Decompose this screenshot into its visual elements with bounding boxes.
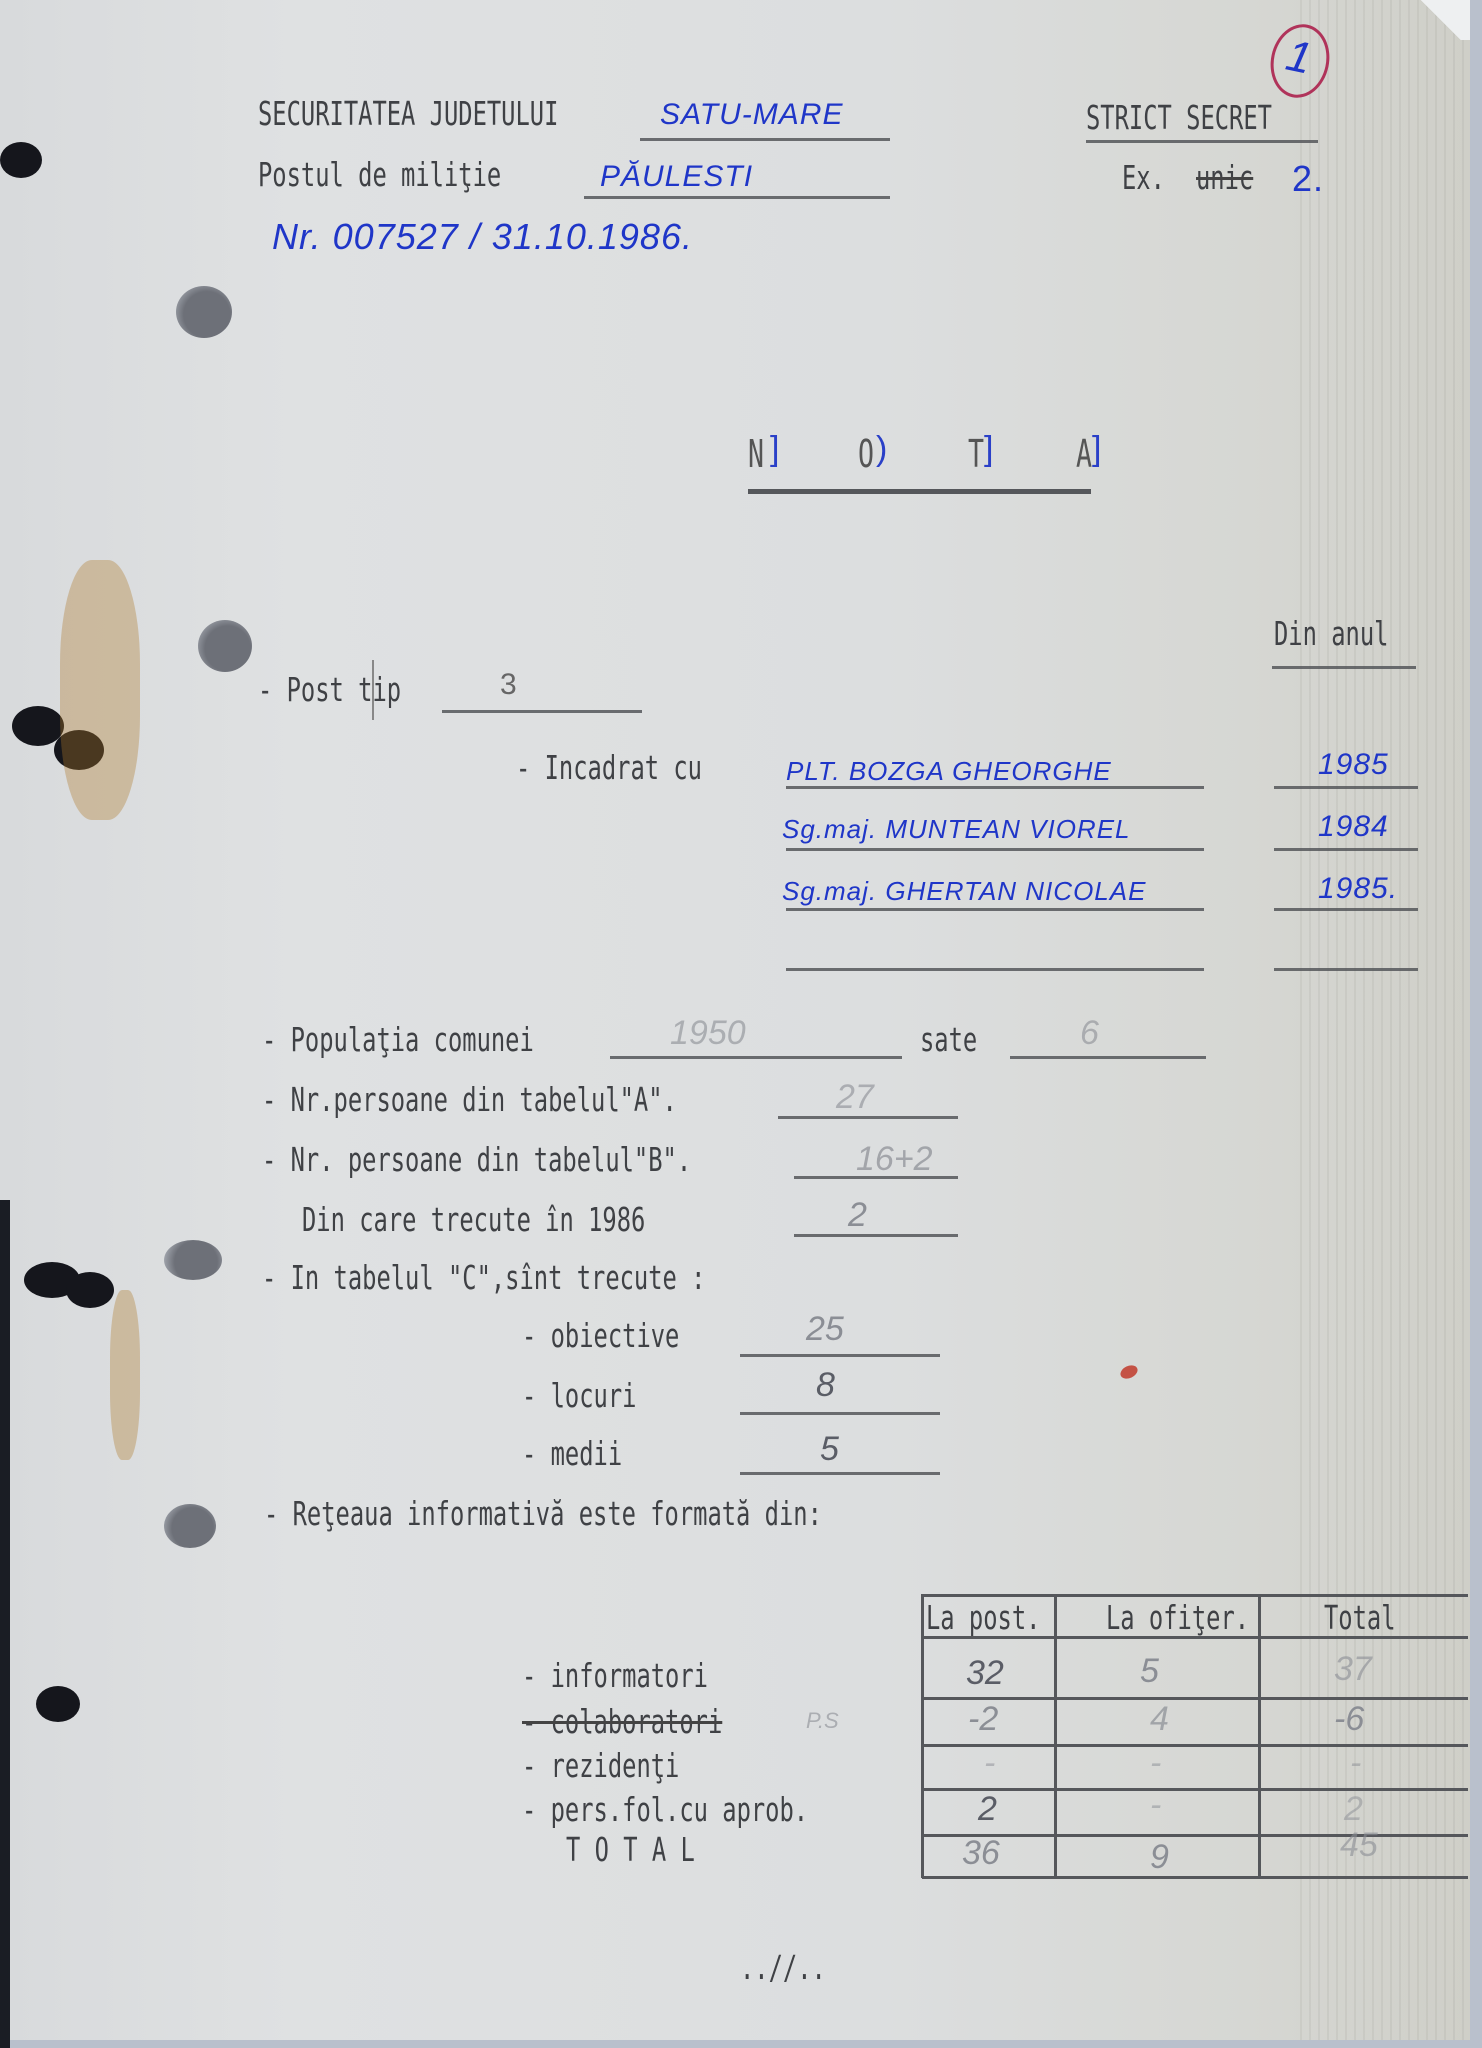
table-c-item-label: - locuri: [522, 1376, 636, 1415]
table-b-value: 16+2: [856, 1140, 933, 1179]
table-a-value: 27: [836, 1078, 874, 1117]
pencil-line: [372, 660, 374, 720]
network-cell: -2: [968, 1700, 998, 1739]
table-c-item-value: 25: [806, 1310, 844, 1349]
title-letter-n: N: [748, 432, 764, 476]
staff-member-year: 1985: [1318, 748, 1389, 782]
post-type-label: - Post tip: [258, 670, 401, 709]
punch-hole: [66, 1272, 114, 1308]
table-c-item-underline: [740, 1472, 940, 1475]
table-c-item-underline: [740, 1354, 940, 1357]
year-column-header: Din anul: [1274, 614, 1388, 653]
column-header-officer: La ofiţer.: [1106, 1598, 1249, 1637]
staff-member-name: Sg.maj. MUNTEAN VIOREL: [782, 814, 1131, 845]
table-rule: [921, 1594, 924, 1878]
table-rule: [922, 1788, 1468, 1791]
of-which-underline: [794, 1234, 958, 1237]
punch-hole: [176, 286, 232, 338]
red-ink-mark: [1118, 1363, 1139, 1381]
table-rule: [1258, 1594, 1261, 1878]
table-rule: [922, 1834, 1468, 1837]
network-row-annotation: P.S: [806, 1708, 839, 1734]
punch-hole: [0, 142, 42, 178]
continuation-mark: ..//..: [740, 1948, 826, 1987]
title-pen-mark: ]: [984, 430, 993, 469]
county-underline: [640, 138, 890, 141]
column-header-total: Total: [1324, 1598, 1396, 1637]
table-c-item-label: - obiective: [522, 1316, 679, 1355]
network-cell: 45: [1340, 1826, 1378, 1865]
column-header-post: La post.: [926, 1598, 1040, 1637]
network-cell: 37: [1334, 1650, 1372, 1689]
staff-year-underline: [1274, 848, 1418, 851]
post-value: PĂULESTI: [600, 160, 753, 194]
copy-number: 2.: [1292, 158, 1324, 200]
title-letter-o: O: [858, 432, 874, 476]
staff-year-underline-empty: [1274, 968, 1418, 971]
staff-year-underline: [1274, 908, 1418, 911]
title-underline: [748, 489, 1091, 494]
network-cell: -: [1150, 1744, 1161, 1783]
network-intro: - Reţeaua informativă este formată din:: [264, 1494, 822, 1533]
network-cell: -6: [1334, 1700, 1364, 1739]
villages-value: 6: [1080, 1014, 1099, 1053]
punch-hole: [198, 620, 252, 672]
staff-member-name: PLT. BOZGA GHEORGHE: [786, 756, 1112, 787]
folded-corner: [1420, 0, 1470, 40]
table-c-item-value: 8: [816, 1366, 835, 1405]
title-pen-mark: ]: [1092, 430, 1101, 469]
network-cell: 2: [978, 1790, 997, 1829]
title-pen-mark: ): [876, 430, 887, 469]
network-cell: 4: [1150, 1700, 1169, 1739]
table-b-label: - Nr. persoane din tabelul"B".: [262, 1140, 691, 1179]
table-rule: [922, 1594, 1468, 1597]
staff-year-underline: [1274, 786, 1418, 789]
of-which-value: 2: [848, 1196, 867, 1235]
villages-underline: [1010, 1056, 1206, 1059]
copy-label: Ex.: [1122, 158, 1165, 197]
network-row-label: - colaboratori: [522, 1702, 722, 1741]
table-a-underline: [778, 1116, 958, 1119]
population-underline: [610, 1056, 902, 1059]
table-c-item-underline: [740, 1412, 940, 1415]
network-cell: 2: [1344, 1790, 1363, 1829]
table-b-underline: [794, 1176, 958, 1179]
of-which-label: Din care trecute în 1986: [302, 1200, 645, 1239]
network-row-label: - rezidenţi: [522, 1746, 679, 1785]
table-rule: [1054, 1594, 1057, 1878]
rust-stain: [110, 1290, 140, 1460]
population-label: - Populaţia comunei: [262, 1020, 534, 1059]
staff-member-year: 1985.: [1318, 872, 1398, 906]
county-label: SECURITATEA JUDETULUI: [258, 94, 558, 133]
post-type-underline: [442, 710, 642, 713]
classification-underline: [1086, 140, 1318, 143]
table-c-item-value: 5: [820, 1430, 839, 1469]
title-pen-mark: ]: [770, 430, 779, 469]
staff-name-underline: [786, 848, 1204, 851]
staff-member-name: Sg.maj. GHERTAN NICOLAE: [782, 876, 1146, 907]
title-letter-a: A: [1076, 432, 1092, 476]
classification-label: STRICT SECRET: [1086, 98, 1272, 137]
page-number: 1: [1282, 31, 1316, 85]
villages-label: sate: [920, 1020, 977, 1059]
staff-member-year: 1984: [1318, 810, 1389, 844]
network-cell: -: [1150, 1786, 1161, 1825]
punch-hole: [36, 1686, 80, 1722]
network-total-label: T O T A L: [566, 1830, 695, 1869]
background-edge: [0, 1200, 10, 2048]
punch-hole: [164, 1504, 216, 1548]
table-rule: [922, 1697, 1468, 1700]
table-c-label: - In tabelul "C",sînt trecute :: [262, 1258, 705, 1297]
registration-number: Nr. 007527 / 31.10.1986.: [272, 216, 693, 258]
year-header-underline: [1272, 666, 1416, 669]
punch-hole: [164, 1240, 222, 1280]
network-cell: 32: [966, 1654, 1004, 1693]
population-value: 1950: [670, 1014, 746, 1053]
table-rule: [922, 1744, 1468, 1747]
copy-struck-text: unic: [1196, 158, 1253, 197]
table-rule: [922, 1876, 1468, 1879]
network-cell: -: [984, 1744, 995, 1783]
post-type-value: 3: [500, 668, 518, 702]
post-label: Postul de miliţie: [258, 155, 501, 194]
table-c-item-label: - medii: [522, 1434, 622, 1473]
staff-name-underline: [786, 908, 1204, 911]
assigned-label: - Incadrat cu: [516, 748, 702, 787]
staff-name-underline-empty: [786, 968, 1204, 971]
network-cell: 5: [1140, 1652, 1159, 1691]
title-letter-t: T: [968, 432, 984, 476]
network-cell: 36: [962, 1834, 1000, 1873]
network-row-label: - informatori: [522, 1656, 708, 1695]
county-value: SATU-MARE: [660, 98, 843, 132]
network-row-label: - pers.fol.cu aprob.: [522, 1790, 808, 1829]
table-a-label: - Nr.persoane din tabelul"A".: [262, 1080, 677, 1119]
staff-name-underline: [786, 786, 1204, 789]
network-cell: 9: [1150, 1838, 1169, 1877]
paper-shading: [1300, 0, 1470, 2040]
network-cell: -: [1350, 1744, 1361, 1783]
post-underline: [584, 196, 890, 199]
document-page: SECURITATEA JUDETULUI SATU-MARE Postul d…: [0, 0, 1470, 2040]
rust-stain: [60, 560, 140, 820]
